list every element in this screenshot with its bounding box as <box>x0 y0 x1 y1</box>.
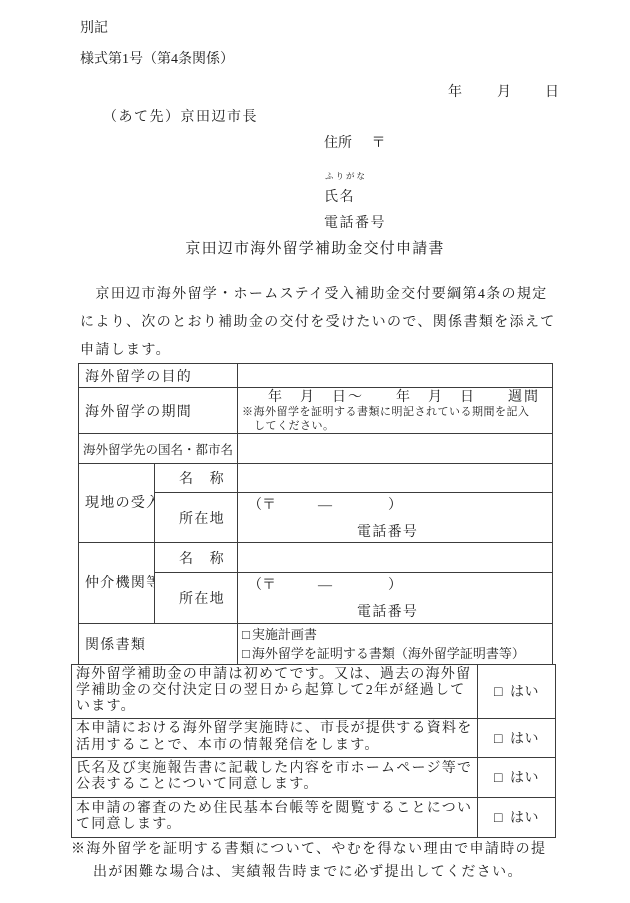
footnote-line: ※海外留学を証明する書類について、やむを得ない理由で申請時の提 <box>71 838 563 861</box>
checkbox-icon[interactable]: □ <box>494 685 503 700</box>
period-input-area[interactable]: 年 月 日～ 年 月 日 週間 ※海外留学を証明する書類に明記されている期間を記… <box>238 388 553 434</box>
host-postal-template: （〒 ― ） <box>248 494 552 514</box>
host-group-label: 現地の受入機関 <box>79 464 155 543</box>
agency-phone-label: 電話番号 <box>357 601 552 621</box>
agency-location-input-area[interactable]: （〒 ― ） 電話番号 <box>238 573 553 624</box>
addressee: （あて先）京田辺市長 <box>103 106 258 126</box>
purpose-input-area[interactable] <box>238 364 553 388</box>
agreement-answer-cell: □はい <box>478 797 556 837</box>
documents-cell: □実施計画書 □海外留学を証明する書類（海外留学証明書等） <box>238 624 553 665</box>
host-location-label: 所在地 <box>155 493 238 543</box>
agreement-statement: 海外留学補助金の申請は初めてです。又は、過去の海外留学補助金の交付決定日の翌日か… <box>76 667 476 716</box>
period-label: 海外留学の期間 <box>79 388 238 434</box>
application-form-page: 別記 様式第1号（第4条関係） 年 月 日 （あて先）京田辺市長 住所 〒 ふり… <box>0 0 630 903</box>
intro-paragraph: 京田辺市海外留学・ホームステイ受入補助金交付要綱第4条の規定 により、次のとおり… <box>80 281 556 365</box>
agency-postal-template: （〒 ― ） <box>248 574 552 594</box>
agency-name-input-area[interactable] <box>238 543 553 573</box>
host-phone-label: 電話番号 <box>357 521 552 541</box>
checkbox-icon[interactable]: □ <box>242 627 250 642</box>
date-day-label: 日 <box>545 81 559 101</box>
agreement-answer-cell: □はい <box>478 718 556 757</box>
form-title: 京田辺市海外留学補助金交付申請書 <box>0 237 630 258</box>
destination-label: 海外留学先の国名・都市名 <box>79 434 238 464</box>
agency-name-label: 名 称 <box>155 543 238 573</box>
agreement-statement: 氏名及び実施報告書に記載した内容を市ホームページ等で公表することについて同意しま… <box>76 761 476 793</box>
agreement-statement: 本申請の審査のため住民基本台帳等を閲覧することについて同意します。 <box>76 801 476 833</box>
table-row: 関係書類 □実施計画書 □海外留学を証明する書類（海外留学証明書等） <box>79 624 553 665</box>
agency-group-label: 仲介機関等がある場合 <box>79 543 155 624</box>
furigana-label: ふりがな <box>325 170 367 182</box>
documents-label: 関係書類 <box>79 624 238 665</box>
postal-mark: 〒 <box>372 136 386 151</box>
agreement-statement: 本申請における海外留学実施時に、市長が提供する資料を活用することで、本市の情報発… <box>76 721 476 753</box>
period-note: ※海外留学を証明する書類に明記されている期間を記入 してください。 <box>238 406 552 433</box>
footnote-line: 出が困難な場合は、実績報告時までに必ず提出してください。 <box>71 861 563 884</box>
table-row: 海外留学補助金の申請は初めてです。又は、過去の海外留学補助金の交付決定日の翌日か… <box>72 665 556 719</box>
table-row: 海外留学の目的 <box>79 364 553 388</box>
application-table: 海外留学の目的 海外留学の期間 年 月 日～ 年 月 日 週間 ※海外留学を証明… <box>78 363 553 665</box>
intro-line: 申請します。 <box>80 337 556 365</box>
period-note-line: してください。 <box>242 420 552 434</box>
checkbox-icon[interactable]: □ <box>494 732 503 747</box>
table-row: 海外留学の期間 年 月 日～ 年 月 日 週間 ※海外留学を証明する書類に明記さ… <box>79 388 553 434</box>
date-month-label: 月 <box>497 81 511 101</box>
period-value-template: 年 月 日～ 年 月 日 週間 <box>238 388 552 406</box>
yes-label: はい <box>510 771 539 786</box>
agreement-table: 海外留学補助金の申請は初めてです。又は、過去の海外留学補助金の交付決定日の翌日か… <box>71 664 556 838</box>
name-label: 氏名 <box>324 186 355 206</box>
checkbox-icon[interactable]: □ <box>494 811 503 826</box>
period-note-line: ※海外留学を証明する書類に明記されている期間を記入 <box>242 406 552 420</box>
table-row: 仲介機関等がある場合 名 称 <box>79 543 553 573</box>
form-number: 様式第1号（第4条関係） <box>80 48 234 68</box>
document-item: □実施計画書 <box>242 625 552 645</box>
address-label: 住所 <box>324 136 352 151</box>
applicant-address-row: 住所 〒 <box>324 132 386 152</box>
footnote: ※海外留学を証明する書類について、やむを得ない理由で申請時の提 出が困難な場合は… <box>71 838 563 884</box>
purpose-label: 海外留学の目的 <box>79 364 238 388</box>
phone-label: 電話番号 <box>324 212 386 232</box>
yes-label: はい <box>510 811 539 826</box>
document-item-label: 海外留学を証明する書類（海外留学証明書等） <box>252 646 525 661</box>
intro-line: により、次のとおり補助金の交付を受けたいので、関係書類を添えて <box>80 309 556 337</box>
document-item-label: 実施計画書 <box>252 627 317 642</box>
table-row: 本申請の審査のため住民基本台帳等を閲覧することについて同意します。 □はい <box>72 797 556 837</box>
table-row: 現地の受入機関 名 称 <box>79 464 553 493</box>
table-row: 氏名及び実施報告書に記載した内容を市ホームページ等で公表することについて同意しま… <box>72 757 556 797</box>
table-row: 海外留学先の国名・都市名 <box>79 434 553 464</box>
destination-input-area[interactable] <box>238 434 553 464</box>
document-item: □海外留学を証明する書類（海外留学証明書等） <box>242 644 552 664</box>
yes-label: はい <box>510 732 539 747</box>
agreement-answer-cell: □はい <box>478 665 556 719</box>
attachment-note: 別記 <box>80 17 108 37</box>
host-name-label: 名 称 <box>155 464 238 493</box>
intro-line: 京田辺市海外留学・ホームステイ受入補助金交付要綱第4条の規定 <box>80 281 556 309</box>
date-year-label: 年 <box>448 81 462 101</box>
table-row: 本申請における海外留学実施時に、市長が提供する資料を活用することで、本市の情報発… <box>72 718 556 757</box>
host-name-input-area[interactable] <box>238 464 553 493</box>
agency-location-label: 所在地 <box>155 573 238 624</box>
yes-label: はい <box>510 685 539 700</box>
agreement-answer-cell: □はい <box>478 757 556 797</box>
date-line: 年 月 日 <box>448 81 559 101</box>
checkbox-icon[interactable]: □ <box>494 771 503 786</box>
checkbox-icon[interactable]: □ <box>242 646 250 661</box>
host-location-input-area[interactable]: （〒 ― ） 電話番号 <box>238 493 553 543</box>
